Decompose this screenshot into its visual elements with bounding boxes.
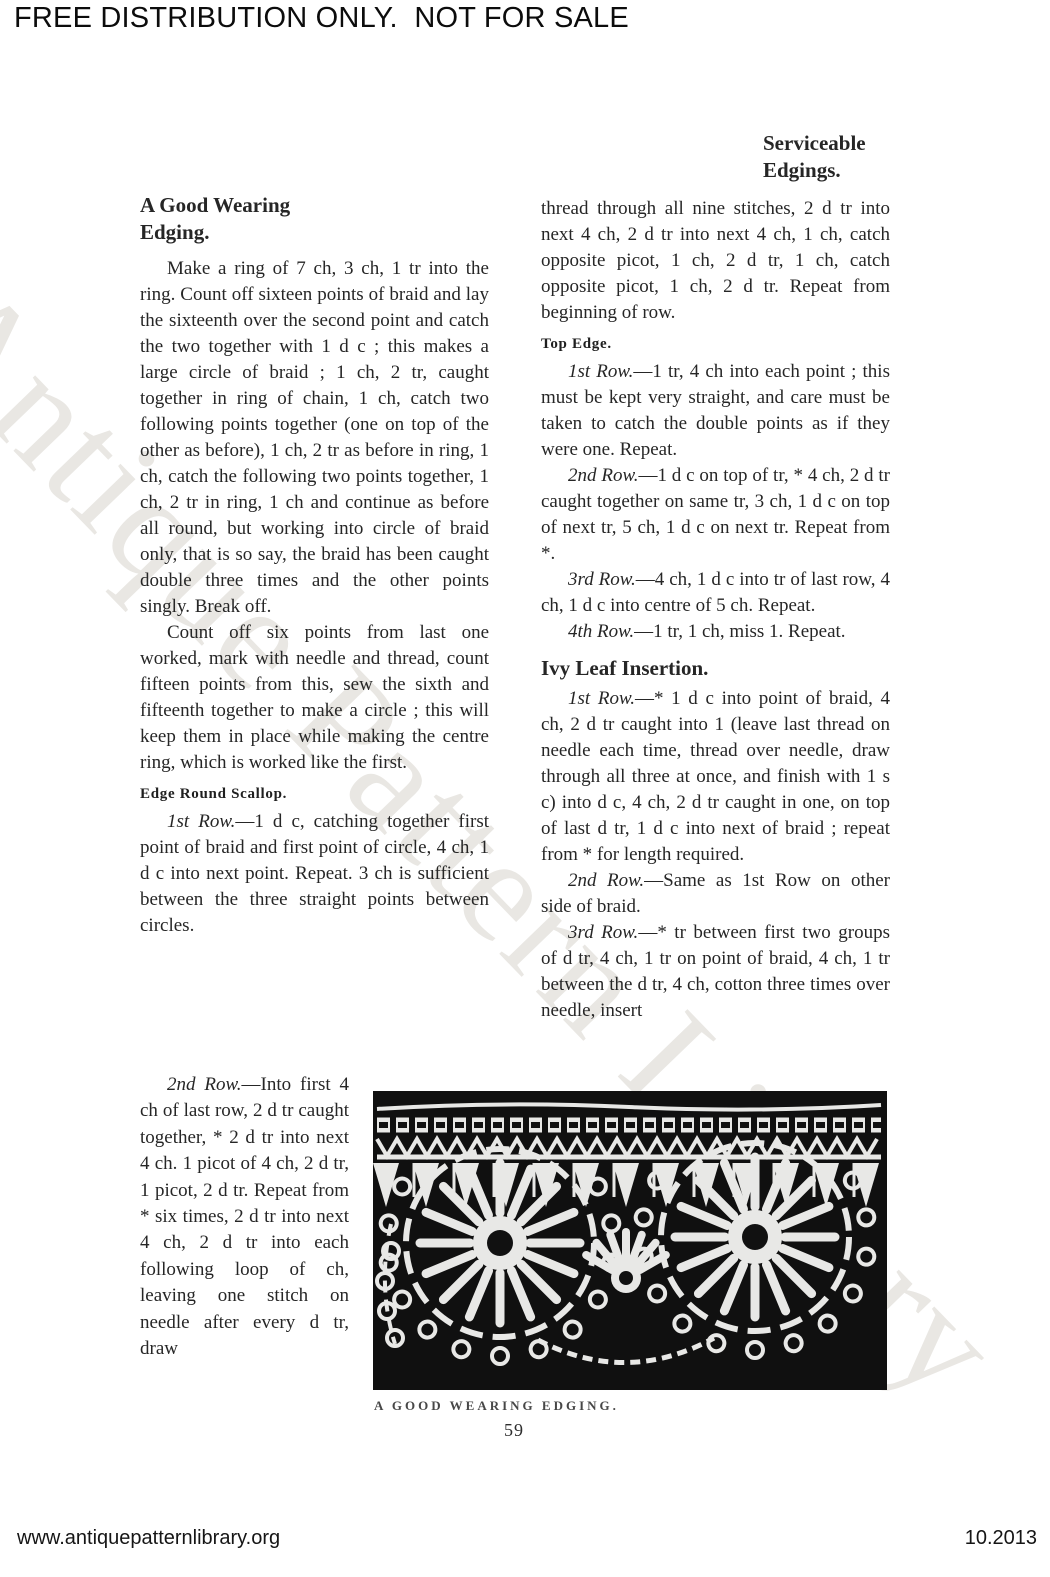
footer-date: 10.2013 — [965, 1527, 1037, 1550]
instruction-row: 2nd Row.—Same as 1st Row on other side o… — [541, 868, 890, 920]
left-column-heading: A Good Wearing Edging. — [140, 192, 489, 246]
row-label: 1st Row. — [568, 361, 633, 382]
left-column-narrow: 2nd Row.—Into first 4 ch of last row, 2 … — [140, 1072, 349, 1362]
instruction-paragraph: Make a ring of 7 ch, 3 ch, 1 tr into the… — [140, 256, 489, 620]
instruction-row: 1st Row.—1 tr, 4 ch into each point ; th… — [541, 359, 890, 463]
row-label: 3rd Row. — [568, 569, 636, 590]
instruction-row: 1st Row.—1 d c, catching together first … — [140, 809, 489, 939]
row-label: 3rd Row. — [568, 922, 638, 943]
photo-caption: A GOOD WEARING EDGING. — [374, 1398, 619, 1414]
heading-line: Edging. — [140, 219, 489, 246]
right-column: Serviceable Edgings. thread through all … — [541, 130, 890, 1024]
right-column-heading: Serviceable Edgings. — [763, 130, 890, 184]
instruction-row: 3rd Row.—* tr between first two groups o… — [541, 920, 890, 1024]
instruction-paragraph: Count off six points from last one worke… — [140, 620, 489, 776]
instruction-row: 2nd Row.—Into first 4 ch of last row, 2 … — [140, 1072, 349, 1362]
instruction-row: 2nd Row.—1 d c on top of tr, * 4 ch, 2 d… — [541, 463, 890, 567]
instruction-row: 1st Row.—* 1 d c into point of braid, 4 … — [541, 686, 890, 868]
instruction-row: 4th Row.—1 tr, 1 ch, miss 1. Repeat. — [541, 619, 890, 645]
row-label: 2nd Row. — [568, 465, 638, 486]
row-label: 1st Row. — [167, 811, 235, 832]
subheading-ivy-leaf-insertion: Ivy Leaf Insertion. — [541, 655, 890, 681]
footer-url: www.antiquepatternlibrary.org — [17, 1527, 280, 1550]
left-column: A Good Wearing Edging. Make a ring of 7 … — [140, 192, 489, 939]
instruction-row: 3rd Row.—4 ch, 1 d c into tr of last row… — [541, 567, 890, 619]
row-text: —1 tr, 1 ch, miss 1. Repeat. — [634, 621, 845, 642]
row-label: 4th Row. — [568, 621, 634, 642]
subheading-edge-round-scallop: Edge Round Scallop. — [140, 785, 489, 803]
lace-edging-photo — [373, 1091, 887, 1390]
row-text: —* 1 d c into point of braid, 4 ch, 2 d … — [541, 688, 890, 865]
row-label: 2nd Row. — [167, 1074, 242, 1095]
heading-line: A Good Wearing — [140, 192, 489, 219]
heading-line: Serviceable — [763, 130, 890, 157]
instruction-paragraph: thread through all nine stitches, 2 d tr… — [541, 196, 890, 326]
row-label: 2nd Row. — [568, 870, 644, 891]
free-distribution-banner: FREE DISTRIBUTION ONLY. NOT FOR SALE — [14, 2, 629, 35]
heading-line: Edgings. — [763, 157, 890, 184]
row-label: 1st Row. — [568, 688, 635, 709]
row-text: —Into first 4 ch of last row, 2 d tr cau… — [140, 1074, 349, 1359]
page-number: 59 — [140, 1420, 888, 1441]
subheading-top-edge: Top Edge. — [541, 335, 890, 353]
